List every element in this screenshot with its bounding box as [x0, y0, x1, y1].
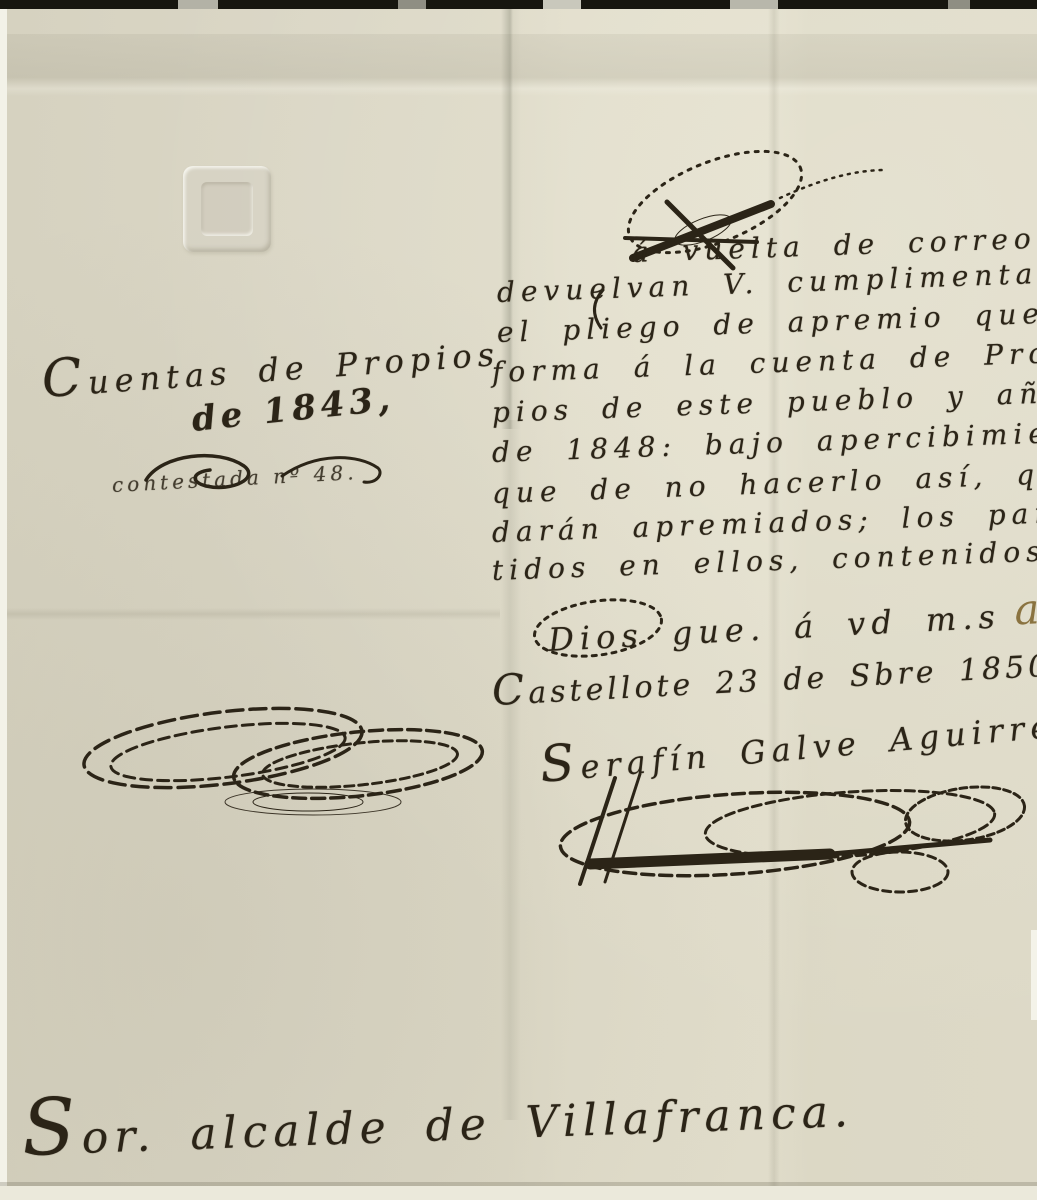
scan-edge-gap — [543, 0, 581, 9]
scan-edge-bottom — [0, 1186, 1037, 1200]
scan-edge-left — [0, 0, 7, 1200]
embossed-seal — [183, 166, 271, 252]
scan-edge-gap — [178, 0, 218, 9]
horizontal-crease — [0, 608, 500, 620]
large-loop-flourish — [58, 698, 498, 830]
valediction-abbreviation: a.s — [1013, 584, 1037, 634]
scan-edge-gap — [398, 0, 426, 9]
addressee-line: Sor. alcalde de Villafranca. — [21, 1067, 855, 1165]
scan-edge-gap — [730, 0, 778, 9]
scan-edge-right — [1031, 930, 1037, 1020]
scanned-manuscript-letter: á vuelta de correo devuelvan V. cumplime… — [0, 0, 1037, 1200]
scan-edge-gap — [948, 0, 970, 9]
embossed-seal-shield — [201, 182, 253, 236]
signature-rubric-flourish — [520, 772, 1037, 902]
scan-edge-top — [0, 0, 1037, 9]
